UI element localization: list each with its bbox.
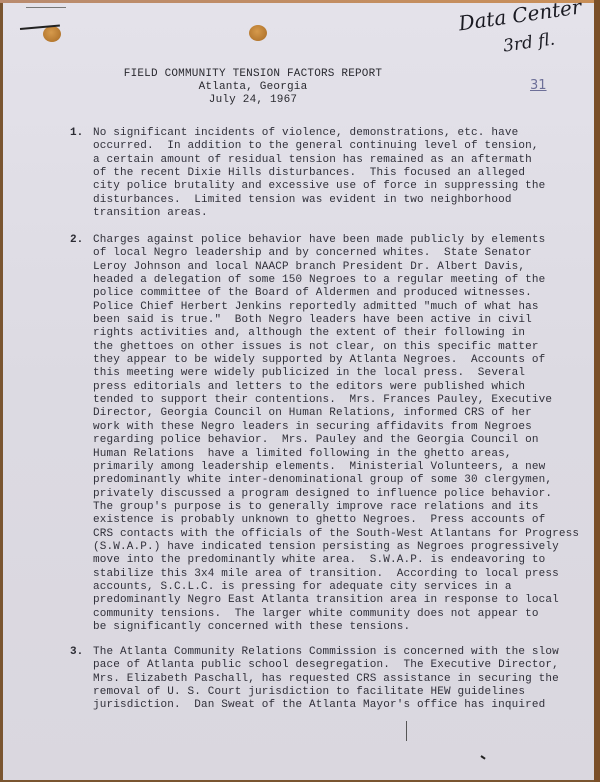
text-line: community tensions. The larger white com… [93, 608, 579, 621]
text-line: The Atlanta Community Relations Commissi… [93, 646, 559, 659]
text-line: (S.W.A.P.) have indicated tension persis… [93, 541, 579, 554]
text-line: predominantly white inter-denominational… [93, 474, 579, 487]
item-text: No significant incidents of violence, de… [93, 127, 545, 220]
text-line: work with these Negro leaders in securin… [93, 421, 579, 434]
text-line: Police Chief Herbert Jenkins reportedly … [93, 301, 579, 314]
text-line: pace of Atlanta public school desegregat… [93, 659, 559, 672]
text-line: regarding police behavior. Mrs. Pauley a… [93, 434, 579, 447]
item-text: The Atlanta Community Relations Commissi… [93, 646, 559, 713]
punch-hole-right [249, 25, 267, 41]
text-line: predominantly Negro East Atlanta transit… [93, 594, 579, 607]
text-line: disturbances. Limited tension was eviden… [93, 194, 545, 207]
text-line: primarily among leadership elements. Min… [93, 461, 579, 474]
report-title: FIELD COMMUNITY TENSION FACTORS REPORT [3, 68, 503, 80]
text-line: a certain amount of residual tension has… [93, 154, 545, 167]
item-text: Charges against police behavior have bee… [93, 234, 579, 634]
text-line: Charges against police behavior have bee… [93, 234, 579, 247]
text-line: Director, Georgia Council on Human Relat… [93, 407, 579, 420]
text-line: they appear to be widely supported by At… [93, 354, 579, 367]
text-line: press editorials and letters to the edit… [93, 381, 579, 394]
text-line: Mrs. Elizabeth Paschall, has requested C… [93, 673, 559, 686]
document-page: Data Center 3rd fl. 31 FIELD COMMUNITY T… [3, 3, 594, 780]
page-number: 31 [530, 78, 547, 93]
text-line: this meeting were widely publicized in t… [93, 367, 579, 380]
text-line: The group's purpose is to generally impr… [93, 501, 579, 514]
text-line: police committee of the Board of Alderme… [93, 287, 579, 300]
stray-mark [406, 721, 407, 741]
text-line: jurisdiction. Dan Sweat of the Atlanta M… [93, 699, 559, 712]
text-line: Human Relations have a limited following… [93, 448, 579, 461]
pencil-mark [26, 7, 66, 8]
report-date: July 24, 1967 [3, 94, 503, 106]
text-line: headed a delegation of some 150 Negroes … [93, 274, 579, 287]
text-line: stabilize this 3x4 mile area of transiti… [93, 568, 579, 581]
handwritten-note: Data Center [457, 0, 583, 35]
text-line: transition areas. [93, 207, 545, 220]
handwritten-note: 3rd fl. [502, 29, 556, 56]
desk-edge-right [594, 0, 600, 782]
text-line: the ghettoes on other issues is not clea… [93, 341, 579, 354]
text-line: be significantly concerned with these te… [93, 621, 579, 634]
punch-hole-left [43, 26, 61, 42]
report-location: Atlanta, Georgia [3, 81, 503, 93]
stray-mark [480, 755, 485, 760]
text-line: of the recent Dixie Hills disturbances. … [93, 167, 545, 180]
text-line: Leroy Johnson and local NAACP branch Pre… [93, 261, 579, 274]
text-line: city police brutality and excessive use … [93, 180, 545, 193]
item-number: 3. [70, 646, 83, 658]
text-line: been said is true." Both Negro leaders h… [93, 314, 579, 327]
text-line: of local Negro leadership and by concern… [93, 247, 579, 260]
text-line: existence is probably unknown to ghetto … [93, 514, 579, 527]
text-line: occurred. In addition to the general con… [93, 140, 545, 153]
text-line: privately discussed a program designed t… [93, 488, 579, 501]
item-number: 1. [70, 127, 83, 139]
text-line: move into the predominantly white area. … [93, 554, 579, 567]
item-number: 2. [70, 234, 83, 246]
text-line: No significant incidents of violence, de… [93, 127, 545, 140]
text-line: accounts, S.C.L.C. is pressing for adequ… [93, 581, 579, 594]
text-line: removal of U. S. Court jurisdiction to f… [93, 686, 559, 699]
text-line: rights activities and, although the exte… [93, 327, 579, 340]
text-line: CRS contacts with the officials of the S… [93, 528, 579, 541]
text-line: tended to support their contentions. Mrs… [93, 394, 579, 407]
